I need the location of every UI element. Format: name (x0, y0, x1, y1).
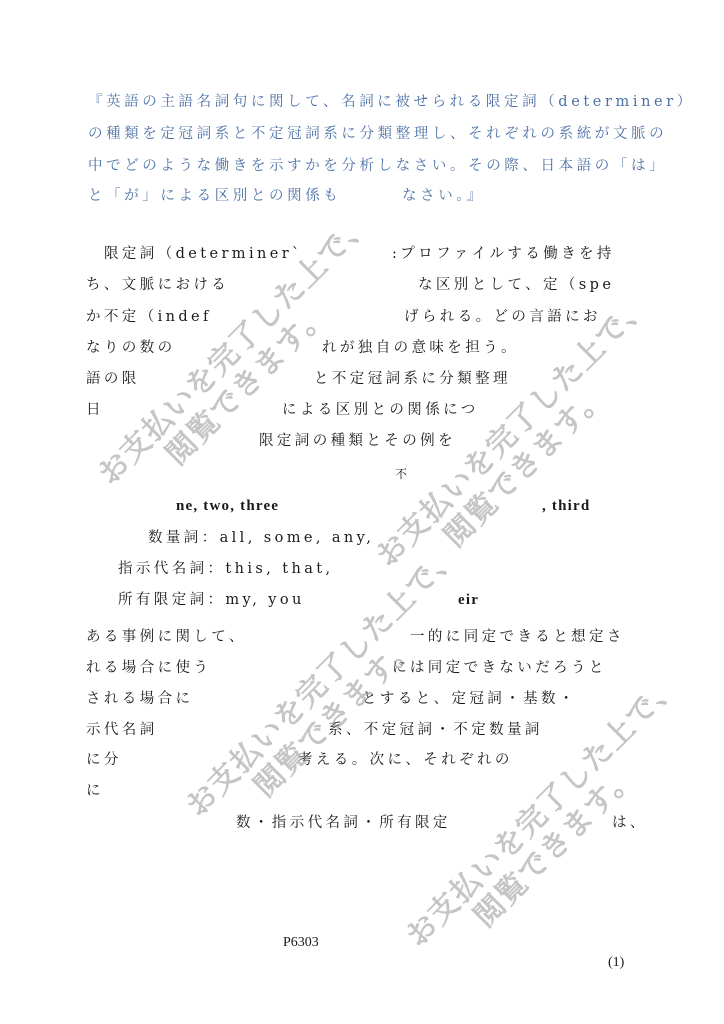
question-line-2: の種類を定冠詞系と不定冠詞系に分類整理し、それぞれの系統が文脈の (88, 124, 667, 144)
answer-fragment: 一的に同定できると想定さ (410, 627, 625, 647)
answer-fragment: による区別との関係につ (282, 400, 479, 420)
answer-fragment: と不定冠詞系に分類整理 (314, 369, 511, 389)
answer-fragment: 限定詞の種類とその例を (259, 431, 456, 451)
answer-fragment: とすると、定冠詞・基数・ (362, 689, 577, 709)
answer-fragment: 指示代名詞：this, that, (118, 559, 334, 579)
watermark-line-1: お支払いを完了した上で、 (180, 537, 467, 824)
answer-fragment: 語の限 (86, 369, 140, 389)
answer-fragment: 日 (86, 400, 104, 420)
answer-fragment: ある事例に関して、 (86, 627, 247, 647)
answer-fragment: に (86, 781, 104, 801)
answer-fragment: 限定詞（determiner` (104, 244, 303, 264)
answer-fragment: なりの数の (86, 338, 176, 358)
answer-fragment: に分 (86, 750, 122, 770)
question-line-3: 中でどのような働きを示すかを分析しなさい。その際、日本語の「は」 (88, 156, 667, 176)
answer-fragment: は、 (612, 813, 648, 833)
question-line-1: 『英語の主語名詞句に関して、名詞に被せられる限定詞（determiner） (88, 92, 695, 112)
watermark-line-1: お支払いを完了した上で、 (400, 667, 687, 954)
answer-fragment: げられる。どの言語にお (404, 307, 601, 327)
answer-fragment: 不 (395, 464, 410, 484)
answer-fragment: には同定できないだろうと (392, 658, 607, 678)
answer-fragment: れが独自の意味を担う。 (322, 338, 519, 358)
answer-fragment: される場合に (86, 689, 193, 709)
answer-fragment: 数・指示代名詞・所有限定 (236, 813, 451, 833)
document-page: 『英語の主語名詞句に関して、名詞に被せられる限定詞（determiner） の種… (0, 0, 724, 1024)
page-number: (1) (608, 955, 624, 971)
question-line-4-end: なさい。』 (402, 186, 485, 206)
document-code: P6303 (283, 935, 319, 951)
answer-fragment: eir (458, 590, 479, 610)
answer-fragment: 考える。次に、それぞれの (298, 750, 513, 770)
answer-fragment: , third (542, 496, 590, 516)
answer-fragment: か不定（indef (86, 307, 212, 327)
answer-fragment: 数量詞：all, some, any, (148, 528, 374, 548)
question-line-4: と「が」による区別との関係も (88, 186, 341, 206)
answer-fragment: :プロファイルする働きを持 (392, 244, 615, 264)
answer-fragment: 所有限定詞：my, you (118, 590, 305, 610)
answer-fragment: ne, two, three (176, 496, 279, 516)
answer-fragment: 系、不定冠詞・不定数量詞 (328, 720, 543, 740)
answer-fragment: 示代名詞 (86, 720, 158, 740)
answer-fragment: ち、文脈における (86, 275, 229, 295)
answer-fragment: な区別として、定（spe (418, 275, 614, 295)
answer-fragment: れる場合に使う (86, 658, 211, 678)
